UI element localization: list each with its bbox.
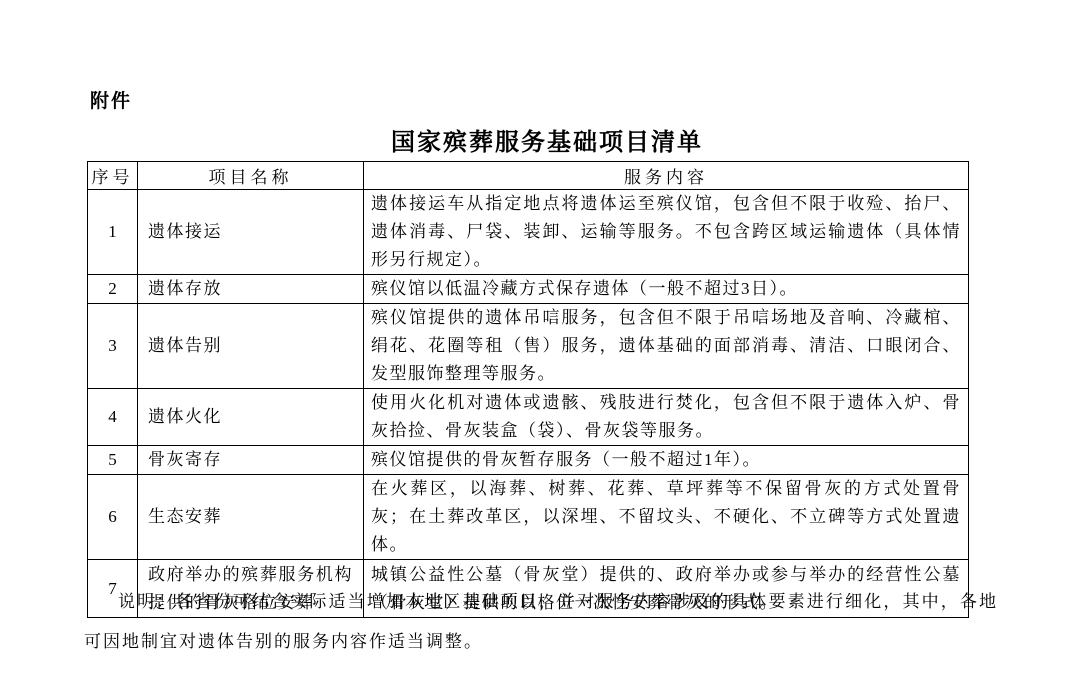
row-number: 1 — [88, 190, 138, 275]
table-row: 4 遗体火化 使用火化机对遗体或遗骸、残肢进行焚化，包含但不限于遗体入炉、骨灰拾… — [88, 389, 969, 446]
project-name: 生态安葬 — [138, 475, 364, 560]
service-content: 在火葬区，以海葬、树葬、花葬、草坪葬等不保留骨灰的方式处置骨灰；在土葬改革区，以… — [364, 475, 969, 560]
service-content: 殡仪馆以低温冷藏方式保存遗体（一般不超过3日）。 — [364, 275, 969, 304]
attachment-label: 附件 — [90, 86, 132, 113]
table-header-row: 序号 项目名称 服务内容 — [88, 162, 969, 190]
project-name: 遗体告别 — [138, 304, 364, 389]
table-row: 5 骨灰寄存 殡仪馆提供的骨灰暂存服务（一般不超过1年）。 — [88, 446, 969, 475]
service-content: 殡仪馆提供的骨灰暂存服务（一般不超过1年）。 — [364, 446, 969, 475]
note-paragraph: 说明：各省份可结合实际适当增加本地区基础项目，并对服务内容涉及的具体要素进行细化… — [84, 582, 998, 662]
row-number: 4 — [88, 389, 138, 446]
header-cell-service-content: 服务内容 — [364, 162, 969, 190]
document-page: 附件 国家殡葬服务基础项目清单 序号 项目名称 服务内容 1 遗体接运 遗体接运… — [0, 0, 1080, 689]
page-title: 国家殡葬服务基础项目清单 — [87, 122, 1007, 157]
table-row: 1 遗体接运 遗体接运车从指定地点将遗体运至殡仪馆，包含但不限于收殓、抬尸、遗体… — [88, 190, 969, 275]
project-name: 遗体存放 — [138, 275, 364, 304]
row-number: 5 — [88, 446, 138, 475]
project-name: 遗体接运 — [138, 190, 364, 275]
row-number: 6 — [88, 475, 138, 560]
header-cell-number: 序号 — [88, 162, 138, 190]
table-row: 6 生态安葬 在火葬区，以海葬、树葬、花葬、草坪葬等不保留骨灰的方式处置骨灰；在… — [88, 475, 969, 560]
row-number: 2 — [88, 275, 138, 304]
row-number: 3 — [88, 304, 138, 389]
project-name: 遗体火化 — [138, 389, 364, 446]
service-content: 殡仪馆提供的遗体吊唁服务，包含但不限于吊唁场地及音响、冷藏棺、绢花、花圈等租（售… — [364, 304, 969, 389]
header-cell-project-name: 项目名称 — [138, 162, 364, 190]
service-content: 使用火化机对遗体或遗骸、残肢进行焚化，包含但不限于遗体入炉、骨灰拾捡、骨灰装盒（… — [364, 389, 969, 446]
table-row: 2 遗体存放 殡仪馆以低温冷藏方式保存遗体（一般不超过3日）。 — [88, 275, 969, 304]
service-content: 遗体接运车从指定地点将遗体运至殡仪馆，包含但不限于收殓、抬尸、遗体消毒、尸袋、装… — [364, 190, 969, 275]
projects-table: 序号 项目名称 服务内容 1 遗体接运 遗体接运车从指定地点将遗体运至殡仪馆，包… — [87, 161, 969, 618]
table-row: 3 遗体告别 殡仪馆提供的遗体吊唁服务，包含但不限于吊唁场地及音响、冷藏棺、绢花… — [88, 304, 969, 389]
project-name: 骨灰寄存 — [138, 446, 364, 475]
